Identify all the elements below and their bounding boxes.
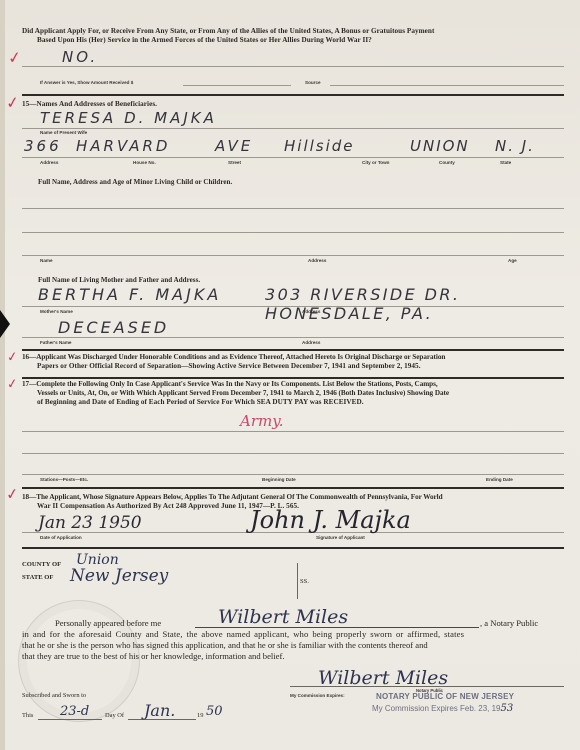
state-label: STATE OF [22, 574, 53, 581]
day-line [38, 719, 102, 720]
army-annotation: Army. [240, 412, 283, 430]
checkmark-icon: ✓ [7, 49, 23, 67]
bracket [294, 563, 298, 599]
date-of-application-label: Date of Application [40, 535, 82, 540]
notary-signature-line [290, 686, 564, 687]
commission-expiry: My Commission Expires Feb. 23, 19 [372, 704, 501, 713]
minor-age-label: Age [508, 258, 517, 263]
wife-name-line [22, 128, 564, 129]
father-address-label: Address [302, 340, 320, 345]
father-name-label: Father's Name [40, 340, 71, 345]
mother-address[interactable]: 303 RIVERSIDE DR. HONESDALE, PA. [265, 285, 580, 323]
address-line [22, 157, 564, 158]
section-divider [22, 547, 564, 549]
county[interactable]: UNION [410, 137, 470, 155]
section14-question: Did Applicant Apply For, or Receive From… [22, 27, 562, 45]
commission-label: My Commission Expires: [290, 693, 345, 698]
commission-year: 53 [501, 703, 514, 714]
notary-name[interactable]: Wilbert Miles [218, 606, 348, 628]
q18-line1: 18—The Applicant, Whose Signature Appear… [22, 493, 567, 502]
q16-line2: Papers or Other Official Record of Separ… [22, 362, 567, 371]
checkmark-icon: ✓ [6, 376, 19, 393]
street-label: Street [228, 160, 241, 165]
minor-line-2[interactable] [22, 232, 564, 233]
notary-stamp-line2: My Commission Expires Feb. 23, 1953 [372, 703, 513, 714]
mother-line [22, 306, 564, 307]
section-divider [22, 487, 564, 489]
q16-line1: 16—Applicant Was Discharged Under Honora… [22, 353, 567, 362]
minor-name-label: Name [40, 258, 53, 263]
checkmark-icon: ✓ [5, 485, 20, 503]
q14-line1: Did Applicant Apply For, or Receive From… [22, 27, 562, 36]
notary-line3: that they are true to the best of his or… [22, 651, 567, 662]
ending-date-label: Ending Date [486, 477, 513, 482]
notary-line1: in and for the aforesaid County and Stat… [22, 629, 567, 640]
father-name[interactable]: DECEASED [58, 318, 169, 337]
q14-answer-line [22, 66, 564, 67]
minor-address-label: Address [308, 258, 326, 263]
q14-line2: Based Upon His (Her) Service in the Arme… [22, 36, 562, 45]
applicant-signature[interactable]: John J. Majka [250, 506, 411, 534]
binding-mark [0, 310, 10, 338]
street-name[interactable]: HARVARD [76, 137, 170, 155]
mother-address-label: Address [302, 309, 320, 314]
stations-label: Stations—Posts—Etc. [40, 477, 88, 482]
amount-field[interactable] [183, 85, 291, 86]
subscribed-label: Subscribed and Sworn to [22, 692, 86, 699]
house-no-label: House No. [133, 160, 156, 165]
navy-line-3[interactable] [22, 474, 564, 475]
source-label: Source [305, 80, 321, 85]
notary-stamp-line1: NOTARY PUBLIC OF NEW JERSEY [376, 692, 514, 701]
notary-line2: that he or she is the person who has sig… [22, 640, 567, 651]
signature-label: Signature of Applicant [316, 535, 365, 540]
ss-label: SS. [300, 578, 309, 585]
navy-line-1[interactable] [22, 431, 564, 432]
year-prefix: 19 [197, 712, 203, 719]
form-page: Did Applicant Apply For, or Receive From… [0, 0, 580, 750]
section-divider [22, 377, 564, 379]
navy-line-2[interactable] [22, 453, 564, 454]
appeared-suffix: , a Notary Public [480, 618, 538, 629]
parents-heading: Full Name of Living Mother and Father an… [38, 276, 200, 285]
county-label: COUNTY OF [22, 561, 61, 568]
year-value[interactable]: 50 [206, 704, 223, 719]
state-label: State [500, 160, 511, 165]
minor-children-heading: Full Name, Address and Age of Minor Livi… [38, 178, 232, 187]
city[interactable]: Hillside [284, 137, 355, 155]
state-value[interactable]: New Jersey [70, 566, 168, 586]
section-divider [22, 94, 564, 96]
beginning-date-label: Beginning Date [262, 477, 296, 482]
month-value[interactable]: Jan. [144, 701, 175, 720]
section16-text: 16—Applicant Was Discharged Under Honora… [22, 353, 567, 371]
minor-line-3[interactable] [22, 255, 564, 256]
q14-answer[interactable]: NO. [62, 48, 98, 66]
amount-label: If Answer is Yes, Show Amount Received $ [40, 80, 133, 85]
page-edge [0, 0, 5, 750]
section17-text: 17—Complete the Following Only In Case A… [22, 380, 567, 407]
father-line [22, 337, 564, 338]
minor-line-1[interactable] [22, 208, 564, 209]
street-type[interactable]: AVE [215, 137, 253, 155]
checkmark-icon: ✓ [5, 94, 21, 112]
state[interactable]: N. J. [495, 137, 535, 155]
source-field[interactable] [330, 85, 564, 86]
address-label: Address [40, 160, 58, 165]
this-label: This [22, 712, 33, 719]
date-of-application[interactable]: Jan 23 1950 [38, 513, 142, 533]
wife-name-label: Name of Present Wife [40, 130, 87, 135]
mother-name-label: Mother's Name [40, 309, 73, 314]
day-of-label: Day Of [105, 712, 124, 719]
wife-name[interactable]: TERESA D. MAJKA [40, 109, 217, 127]
appeared-prefix: Personally appeared before me [55, 618, 161, 629]
q17-line3: of Beginning and Date of Ending of Each … [22, 398, 567, 407]
q17-line1: 17—Complete the Following Only In Case A… [22, 380, 567, 389]
checkmark-icon: ✓ [6, 349, 19, 366]
day-value[interactable]: 23-d [60, 704, 89, 719]
mother-name[interactable]: BERTHA F. MAJKA [38, 285, 221, 304]
house-number[interactable]: 366 [24, 137, 62, 155]
section15-heading: 15—Names And Addresses of Beneficiaries. [22, 100, 157, 109]
q17-line2: Vessels or Units, At, On, or With Which … [22, 389, 567, 398]
notary-paragraph: in and for the aforesaid County and Stat… [22, 629, 567, 663]
city-label: City or Town [362, 160, 389, 165]
section-divider [22, 349, 564, 351]
county-label: County [439, 160, 455, 165]
